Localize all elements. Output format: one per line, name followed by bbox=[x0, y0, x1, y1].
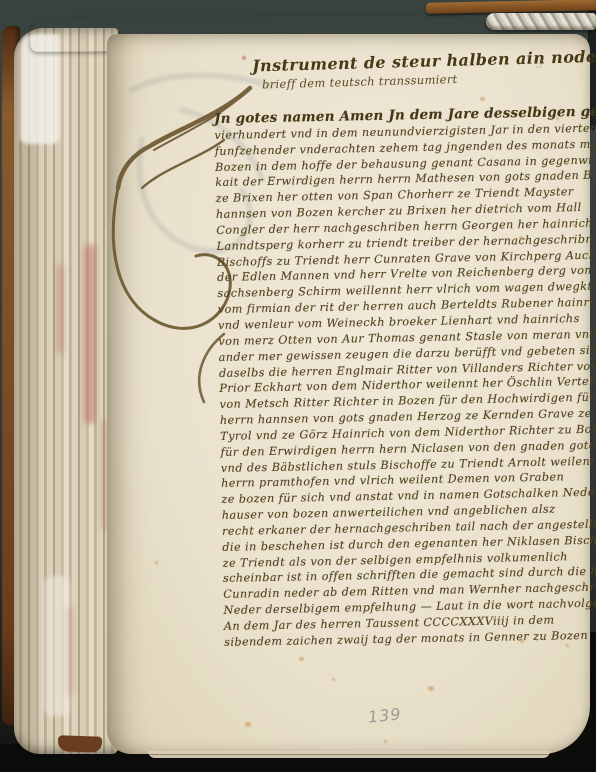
foxing-spot bbox=[428, 686, 434, 691]
foxing-spot bbox=[566, 644, 569, 647]
foxing-spot bbox=[556, 117, 559, 120]
fore-edge-stain bbox=[56, 264, 64, 354]
pencil-folio-number: 139 bbox=[367, 704, 402, 726]
foxing-spot bbox=[242, 56, 246, 60]
fore-edge-stain bbox=[66, 606, 75, 696]
foxing-spot bbox=[332, 678, 335, 681]
headband-braid bbox=[486, 13, 596, 30]
foxing-spot bbox=[520, 639, 524, 643]
book-photo-stage: Jnstrument de steur halben ain noders br… bbox=[0, 0, 596, 772]
foxing-spot bbox=[384, 740, 387, 743]
manuscript-text-block: Jn gotes namen Amen Jn dem Jare desselbi… bbox=[214, 105, 576, 650]
foxing-spot bbox=[573, 224, 576, 227]
foxing-spot bbox=[299, 657, 304, 661]
foxing-spot bbox=[155, 561, 158, 564]
foxing-spot bbox=[519, 236, 523, 240]
leather-corner-bottom-left bbox=[58, 735, 103, 753]
foxing-spot bbox=[480, 97, 485, 101]
bottom-leaf-edges bbox=[148, 751, 550, 758]
foxing-spot bbox=[245, 722, 251, 727]
fore-edge-stain bbox=[84, 244, 96, 424]
cover-edge-top-right bbox=[426, 0, 596, 14]
